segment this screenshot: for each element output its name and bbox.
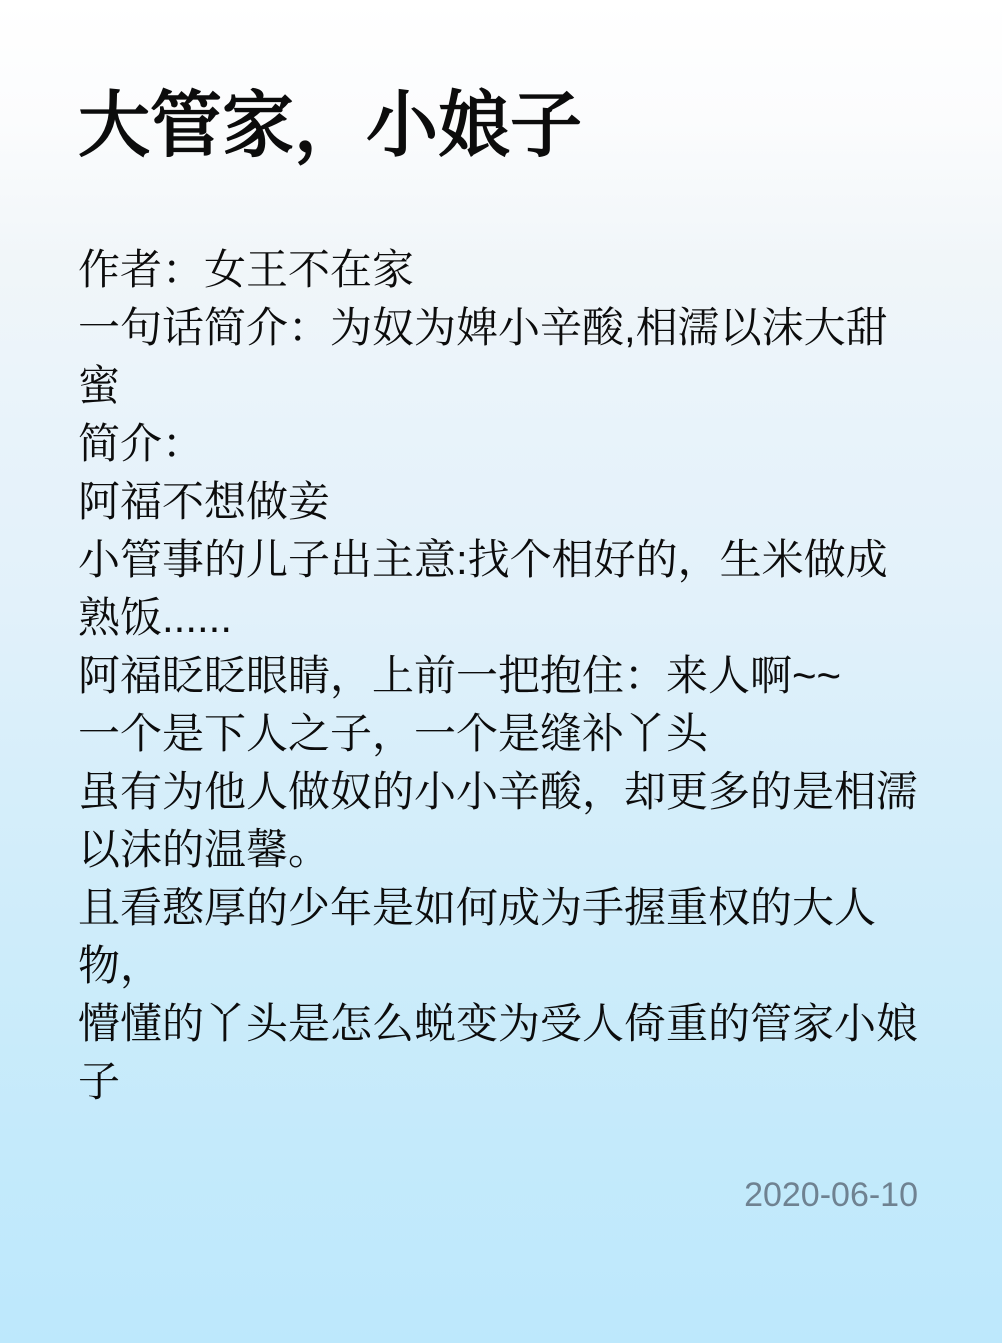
synopsis-line: 小管事的儿子出主意:找个相好的，生米做成熟饭...... bbox=[78, 531, 918, 647]
publish-date: 2020-06-10 bbox=[744, 1173, 918, 1217]
intro-label: 简介： bbox=[78, 415, 918, 473]
one-line-intro: 一句话简介：为奴为婢小辛酸,相濡以沫大甜蜜 bbox=[78, 299, 918, 415]
synopsis-line: 阿福不想做妾 bbox=[78, 473, 918, 531]
synopsis-line: 阿福眨眨眼睛，上前一把抱住：来人啊~~ bbox=[78, 647, 918, 705]
synopsis-line: 懵懂的丫头是怎么蜕变为受人倚重的管家小娘子 bbox=[78, 995, 918, 1111]
author-line: 作者：女王不在家 bbox=[78, 241, 918, 299]
book-description: 作者：女王不在家 一句话简介：为奴为婢小辛酸,相濡以沫大甜蜜 简介： 阿福不想做… bbox=[78, 241, 918, 1111]
synopsis-line: 虽有为他人做奴的小小辛酸，却更多的是相濡以沫的温馨。 bbox=[78, 763, 918, 879]
synopsis-line: 且看憨厚的少年是如何成为手握重权的大人物， bbox=[78, 879, 918, 995]
book-detail-page: 大管家，小娘子 作者：女王不在家 一句话简介：为奴为婢小辛酸,相濡以沫大甜蜜 简… bbox=[0, 0, 1002, 1343]
synopsis-line: 一个是下人之子，一个是缝补丫头 bbox=[78, 705, 918, 763]
date-row: 2020-06-10 bbox=[78, 1173, 918, 1217]
book-title: 大管家，小娘子 bbox=[78, 84, 917, 169]
